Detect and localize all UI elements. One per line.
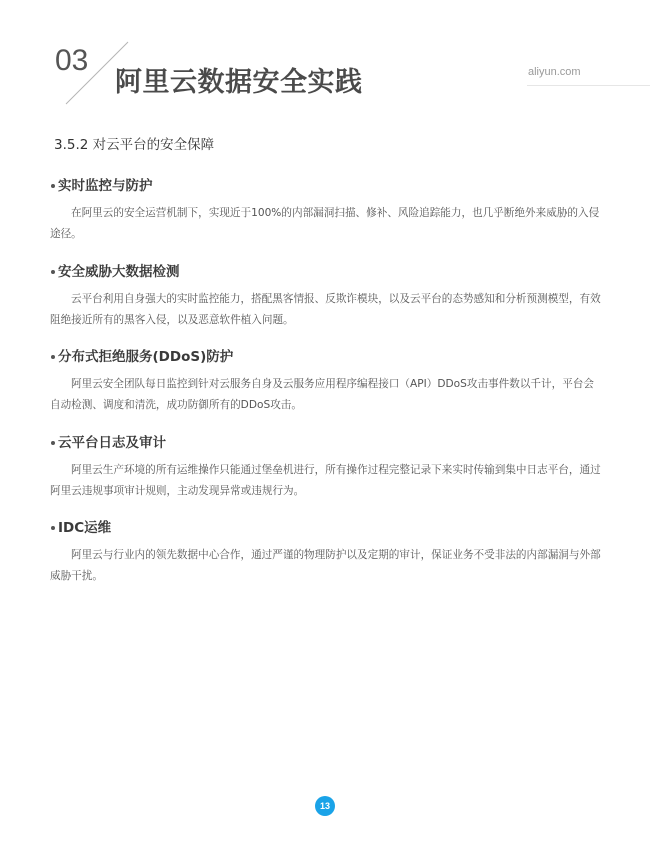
section-title: 3.5.2 对云平台的安全保障 <box>54 136 214 154</box>
item-heading: 安全威胁大数据检测 <box>50 263 610 281</box>
item-body: 阿里云生产环境的所有运维操作只能通过堡垒机进行，所有操作过程完整记录下来实时传输… <box>50 460 602 502</box>
bullet-icon <box>51 184 55 188</box>
item-heading: 实时监控与防护 <box>50 177 610 195</box>
item-heading-text: IDC运维 <box>58 519 111 537</box>
diagonal-divider-icon <box>0 0 650 841</box>
item-idc-operations: IDC运维 阿里云与行业内的领先数据中心合作，通过严谨的物理防护以及定期的审计，… <box>50 519 610 587</box>
item-heading-text: 分布式拒绝服务(DDoS)防护 <box>58 348 233 366</box>
header-rule <box>527 85 650 86</box>
chapter-title: 阿里云数据安全实践 <box>115 66 363 100</box>
page-number-badge: 13 <box>315 796 335 816</box>
bullet-icon <box>51 270 55 274</box>
item-logging-audit: 云平台日志及审计 阿里云生产环境的所有运维操作只能通过堡垒机进行，所有操作过程完… <box>50 434 610 502</box>
item-body: 在阿里云的安全运营机制下，实现近于100%的内部漏洞扫描、修补、风险追踪能力，也… <box>50 203 602 245</box>
item-ddos-protection: 分布式拒绝服务(DDoS)防护 阿里云安全团队每日监控到针对云服务自身及云服务应… <box>50 348 610 416</box>
item-threat-detection: 安全威胁大数据检测 云平台利用自身强大的实时监控能力，搭配黑客情报、反欺诈模块，… <box>50 263 610 331</box>
site-label: aliyun.com <box>528 66 581 78</box>
bullet-icon <box>51 526 55 530</box>
item-heading: IDC运维 <box>50 519 610 537</box>
item-heading-text: 云平台日志及审计 <box>58 434 166 452</box>
item-body: 阿里云与行业内的领先数据中心合作，通过严谨的物理防护以及定期的审计，保证业务不受… <box>50 545 602 587</box>
bullet-icon <box>51 355 55 359</box>
item-body: 云平台利用自身强大的实时监控能力，搭配黑客情报、反欺诈模块，以及云平台的态势感知… <box>50 289 602 331</box>
item-body: 阿里云安全团队每日监控到针对云服务自身及云服务应用程序编程接口（API）DDoS… <box>50 374 602 416</box>
chapter-number: 03 <box>55 46 88 76</box>
item-heading: 分布式拒绝服务(DDoS)防护 <box>50 348 610 366</box>
item-realtime-monitoring: 实时监控与防护 在阿里云的安全运营机制下，实现近于100%的内部漏洞扫描、修补、… <box>50 177 610 245</box>
bullet-icon <box>51 441 55 445</box>
item-heading-text: 安全威胁大数据检测 <box>58 263 180 281</box>
item-heading-text: 实时监控与防护 <box>58 177 153 195</box>
item-heading: 云平台日志及审计 <box>50 434 610 452</box>
